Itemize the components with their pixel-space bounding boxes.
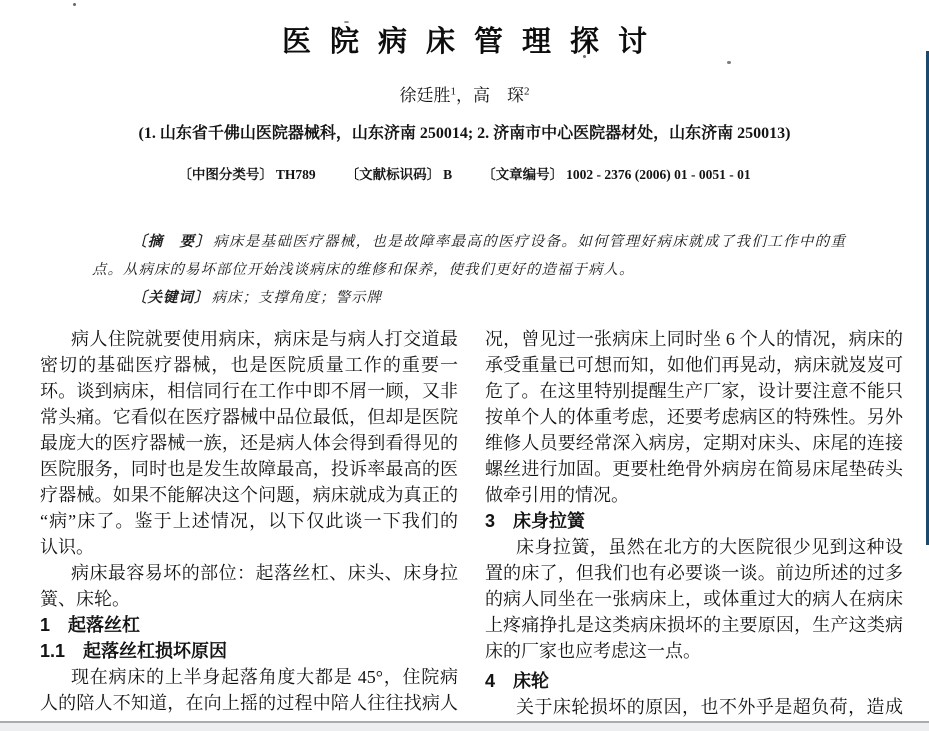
- body-text-line: 现在病床的上半身起落角度大都是 45°，住院病: [40, 664, 458, 690]
- meta-articleid-group: 〔文章编号〕1002 - 2376 (2006) 01 - 0051 - 01: [482, 166, 750, 183]
- body-text-line: 环。谈到病床，相信同行在工作中即不屑一顾，又非: [40, 378, 458, 404]
- meta-line: 〔中图分类号〕TH789 〔文献标识码〕B 〔文章编号〕1002 - 2376 …: [0, 166, 929, 184]
- scan-bottom-band: [0, 721, 929, 731]
- journal-page: 医院病床管理探讨 徐廷胜1，高 琛2 (1. 山东省千佛山医院器械科，山东济南 …: [0, 0, 929, 731]
- body-text-line: 医院服务，同时也是发生故障最高，投诉率最高的医: [40, 456, 458, 482]
- scan-speck: [727, 61, 731, 64]
- body-text-line: 常头痛。它看似在医疗器械中品位最低，但却是医院: [40, 404, 458, 430]
- affiliation-line: (1. 山东省千佛山医院器械科，山东济南 250014; 2. 济南市中心医院器…: [0, 121, 929, 147]
- section-heading: 4 床轮: [485, 668, 903, 694]
- meta-label: 〔文章编号〕: [482, 167, 563, 182]
- body-text-line: 维修人员要经常深入病房，定期对床头、床尾的连接: [485, 430, 903, 456]
- body-text-line: 疗器械。如果不能解决这个问题，病床就成为真正的: [40, 482, 458, 508]
- body-text-line: 置的床了，但我们也有必要谈一谈。前边所述的过多: [485, 560, 903, 586]
- abstract-block: 〔摘 要〕病床是基础医疗器械，也是故障率最高的医疗设备。如何管理好病床就成了我们…: [92, 228, 845, 312]
- body-text-line: 簧、床轮。: [40, 586, 458, 612]
- left-column: 病人住院就要使用病床，病床是与病人打交道最密切的基础医疗器械，也是医院质量工作的…: [40, 326, 458, 720]
- meta-value: 1002 - 2376 (2006) 01 - 0051 - 01: [566, 167, 750, 182]
- body-text-line: 的病人同坐在一张病床上，或体重过大的病人在病床: [485, 586, 903, 612]
- authors-line: 徐廷胜1，高 琛2: [0, 85, 929, 107]
- body-text-line: 上疼痛挣扎是这类病床损坏的主要原因，生产这类病: [485, 612, 903, 638]
- body-text-line: 床的厂家也应考虑这一点。: [485, 638, 903, 664]
- body-text-line: 病人住院就要使用病床，病床是与病人打交道最: [40, 326, 458, 352]
- body-text-line: 做牵引用的情况。: [485, 482, 903, 508]
- body-text-line: 人的陪人不知道，在向上摇的过程中陪人往往找病人: [40, 690, 458, 716]
- body-text-line: 承受重量已可想而知，如他们再晃动，病床就岌岌可: [485, 352, 903, 378]
- keywords-label: 〔关键词〕: [132, 290, 210, 306]
- body-text-line: 最庞大的医疗器械一族，还是病人体会得到看得见的: [40, 430, 458, 456]
- author-name: 高 琛: [473, 86, 524, 105]
- abstract-line: 〔摘 要〕病床是基础医疗器械，也是故障率最高的医疗设备。如何管理好病床就成了我们…: [92, 228, 845, 256]
- body-text-line: 况，曾见过一张病床上同时坐 6 个人的情况，病床的: [485, 326, 903, 352]
- scan-speck: [73, 3, 76, 6]
- meta-clc-group: 〔中图分类号〕TH789: [178, 166, 315, 183]
- right-column: 况，曾见过一张病床上同时坐 6 个人的情况，病床的承受重量已可想而知，如他们再晃…: [485, 326, 903, 720]
- abstract-label: 〔摘 要〕: [132, 234, 211, 250]
- body-text-line: 密切的基础医疗器械，也是医院质量工作的重要一: [40, 352, 458, 378]
- section-heading: 3 床身拉簧: [485, 508, 903, 534]
- body-text-line: 床身拉簧，虽然在北方的大医院很少见到这种设: [485, 534, 903, 560]
- body-columns: 病人住院就要使用病床，病床是与病人打交道最密切的基础医疗器械，也是医院质量工作的…: [40, 326, 903, 720]
- body-text-line: 按单个人的体重考虑，还要考虑病区的特殊性。另外: [485, 404, 903, 430]
- keywords-line: 〔关键词〕病床；支撑角度；警示牌: [92, 284, 845, 312]
- abstract-text: 病床是基础医疗器械，也是故障率最高的医疗设备。如何管理好病床就成了我们工作中的重: [213, 234, 845, 250]
- scan-speck: [344, 21, 349, 23]
- meta-label: 〔文献标识码〕: [346, 167, 441, 182]
- body-text-line: 危了。在这里特别提醒生产厂家，设计要注意不能只: [485, 378, 903, 404]
- body-text-line: 螺丝进行加固。更要杜绝骨外病房在简易床尾垫砖头: [485, 456, 903, 482]
- keywords-text: 病床；支撑角度；警示牌: [212, 290, 383, 306]
- body-text-line: 认识。: [40, 534, 458, 560]
- author-affiliation-marker: 2: [524, 85, 530, 97]
- author-name: 徐廷胜: [400, 86, 451, 105]
- article-title: 医院病床管理探讨: [0, 24, 929, 60]
- author-separator: ，: [456, 86, 473, 105]
- meta-label: 〔中图分类号〕: [178, 167, 273, 182]
- section-heading: 1.1 起落丝杠损坏原因: [40, 638, 458, 664]
- meta-value: B: [443, 167, 452, 182]
- abstract-line: 点。从病床的易坏部位开始浅谈病床的维修和保养，使我们更好的造福于病人。: [92, 256, 845, 284]
- meta-doccode-group: 〔文献标识码〕B: [346, 166, 453, 183]
- body-text-line: 关于床轮损坏的原因，也不外乎是超负荷，造成: [485, 694, 903, 720]
- scan-speck: [583, 55, 586, 58]
- body-text-line: “病”床了。鉴于上述情况，以下仅此谈一下我们的: [40, 508, 458, 534]
- body-text-line: 病床最容易坏的部位：起落丝杠、床头、床身拉: [40, 560, 458, 586]
- meta-value: TH789: [276, 167, 316, 182]
- section-heading: 1 起落丝杠: [40, 612, 458, 638]
